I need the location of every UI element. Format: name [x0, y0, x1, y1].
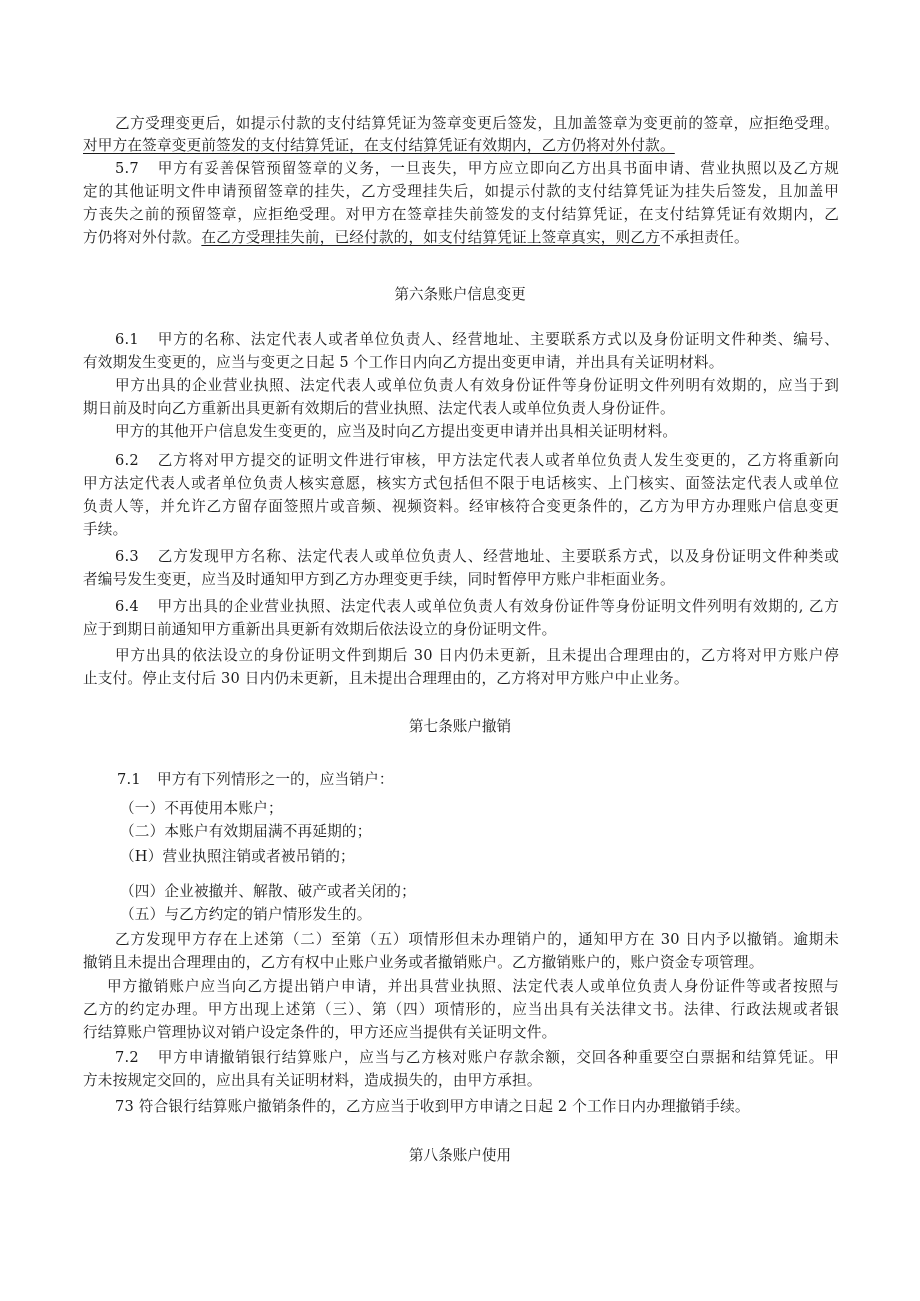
list-item: （四）企业被撤并、解散、破产或者关闭的； [120, 882, 876, 902]
clause-number: 6.3 [115, 547, 157, 567]
section-heading: 第六条账户信息变更 [0, 285, 920, 305]
paragraph-line: 有效期发生变更的，应当与变更之日起 5 个工作日内向乙方提出变更申请，并出具有关… [83, 353, 839, 373]
clause-number: 6.1 [115, 330, 157, 350]
plain-text: 方仍将对外付款。 [83, 229, 201, 246]
paragraph-line: 撤销且未提出合理理由的，乙方有权中止账户业务或者撤销账户。乙方撤销账户的，账户资… [83, 953, 839, 973]
paragraph-line-underlined: 对甲方在签章变更前签发的支付结算凭证，在支付结算凭证有效期内，乙方仍将对外付款。 [83, 136, 839, 156]
clause-number: 5.7 [115, 159, 157, 179]
paragraph-line: 者编号发生变更，应当及时通知甲方到乙方办理变更手续，同时暂停甲方账户非柜面业务。 [83, 570, 839, 590]
list-item: （H）营业执照注销或者被吊销的； [120, 847, 876, 867]
clause-6-1-line: 6.1甲方的名称、法定代表人或者单位负责人、经营地址、主要联系方式以及身份证明文… [115, 330, 839, 350]
clause-text: 甲方有妥善保管预留签章的义务，一旦丧失，甲方应立即向乙方出具书面申请、营业执照以… [157, 160, 839, 177]
paragraph-line: 甲方撤销账户应当向乙方提出销户申请，并出具营业执照、法定代表人或单位负责人身份证… [107, 977, 839, 997]
paragraph-line: 方仍将对外付款。在乙方受理挂失前，已经付款的，如支付结算凭证上签章真实，则乙方不… [83, 228, 839, 248]
document-page: 乙方受理变更后，如提示付款的支付结算凭证为签章变更后签发，且加盖签章为变更前的签… [0, 0, 920, 1301]
paragraph-line: 行结算账户管理协议对销户设定条件的，甲方还应当提供有关证明文件。 [83, 1023, 839, 1043]
clause-7-2-line: 7.2甲方申请撤销银行结算账户，应当与乙方核对账户存款余额，交回各种重要空白票据… [115, 1048, 839, 1068]
clause-5-7-line: 5.7甲方有妥善保管预留签章的义务，一旦丧失，甲方应立即向乙方出具书面申请、营业… [115, 159, 839, 179]
paragraph-line: 方未按规定交回的，应出具有关证明材料，造成损失的，由甲方承担。 [83, 1071, 839, 1091]
section-heading: 第七条账户撤销 [0, 717, 920, 737]
list-item: （五）与乙方约定的销户情形发生的。 [120, 905, 876, 925]
paragraph-line: 甲方出具的企业营业执照、法定代表人或单位负责人有效身份证件等身份证明文件列明有效… [115, 376, 839, 396]
clause-number: 6.2 [115, 451, 157, 471]
clause-text: 乙方将对甲方提交的证明文件进行审核，甲方法定代表人或者单位负责人发生变更的，乙方… [157, 452, 839, 469]
paragraph-line: 负责人等，并允许乙方留存面签照片或音频、视频资料。经审核符合变更条件的，乙方为甲… [83, 497, 839, 517]
plain-text: 不承担责任。 [660, 229, 749, 246]
clause-text: 甲方出具的企业营业执照、法定代表人或单位负责人有效身份证件等身份证明文件列明有效… [157, 598, 839, 615]
paragraph-line: 止支付。停止支付后 30 日内仍未更新，且未提出合理理由的，乙方将对甲方账户中止… [83, 669, 839, 689]
clause-7-3-line: 73 符合银行结算账户撤销条件的，乙方应当于收到甲方申请之日起 2 个工作日内办… [115, 1097, 839, 1117]
list-item: （二）本账户有效期届满不再延期的； [120, 822, 876, 842]
clause-text: 甲方有下列情形之一的，应当销户： [157, 771, 394, 788]
clause-number: 7.2 [115, 1048, 157, 1068]
paragraph-line: 甲方法定代表人或者单位负责人核实意愿，核实方式包括但不限于电话核实、上门核实、面… [83, 474, 839, 494]
paragraph-line: 手续。 [83, 520, 839, 540]
clause-7-1-line: 7.1甲方有下列情形之一的，应当销户： [117, 770, 873, 790]
paragraph-line: 乙方发现甲方存在上述第（二）至第（五）项情形但未办理销户的，通知甲方在 30 日… [115, 930, 839, 950]
clause-number: 6.4 [115, 597, 157, 617]
clause-text: 甲方申请撤销银行结算账户，应当与乙方核对账户存款余额，交回各种重要空白票据和结算… [157, 1049, 839, 1066]
paragraph-line: 定的其他证明文件申请预留签章的挂失，乙方受理挂失后，如提示付款的支付结算凭证为挂… [83, 182, 839, 202]
paragraph-line: 期日前及时向乙方重新出具更新有效期后的营业执照、法定代表人或单位负责人身份证件。 [83, 399, 839, 419]
clause-number: 7.1 [117, 770, 157, 790]
paragraph-line: 方丧失之前的预留签章，应拒绝受理。对甲方在签章挂失前签发的支付结算凭证，在支付结… [83, 205, 839, 225]
list-item: （一）不再使用本账户； [120, 799, 876, 819]
clause-text: 乙方发现甲方名称、法定代表人或单位负责人、经营地址、主要联系方式，以及身份证明文… [157, 548, 839, 565]
paragraph-line: 应于到期日前通知甲方重新出具更新有效期后依法设立的身份证明文件。 [83, 620, 839, 640]
paragraph-line: 甲方的其他开户信息发生变更的，应当及时向乙方提出变更申请并出具相关证明材料。 [115, 422, 839, 442]
clause-text: 甲方的名称、法定代表人或者单位负责人、经营地址、主要联系方式以及身份证明文件种类… [157, 331, 839, 348]
clause-6-4-line: 6.4甲方出具的企业营业执照、法定代表人或单位负责人有效身份证件等身份证明文件列… [115, 597, 839, 617]
paragraph-line: 甲方出具的依法设立的身份证明文件到期后 30 日内仍未更新，且未提出合理理由的，… [115, 646, 839, 666]
section-heading: 第八条账户使用 [0, 1146, 920, 1166]
clause-6-3-line: 6.3乙方发现甲方名称、法定代表人或单位负责人、经营地址、主要联系方式，以及身份… [115, 547, 839, 567]
paragraph-line: 乙方的约定办理。甲方出现上述第（三）、第（四）项情形的，应当出具有关法律文书。法… [83, 1000, 839, 1020]
underlined-text: 对甲方在签章变更前签发的支付结算凭证，在支付结算凭证有效期内，乙方仍将对外付款。 [83, 137, 675, 154]
clause-6-2-line: 6.2乙方将对甲方提交的证明文件进行审核，甲方法定代表人或者单位负责人发生变更的… [115, 451, 839, 471]
paragraph-line: 乙方受理变更后，如提示付款的支付结算凭证为签章变更后签发，且加盖签章为变更前的签… [115, 114, 839, 134]
underlined-text: 在乙方受理挂失前，已经付款的，如支付结算凭证上签章真实，则乙方 [201, 229, 660, 246]
